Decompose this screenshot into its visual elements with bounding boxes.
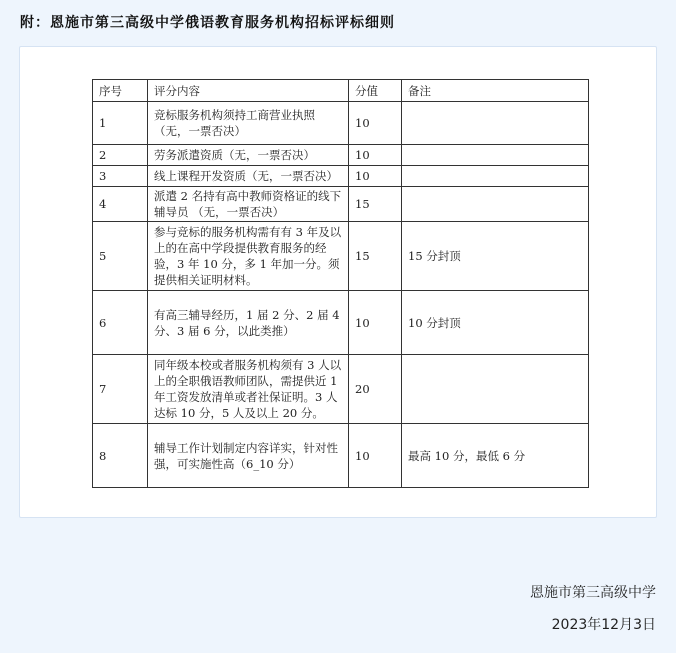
row-note: 15 分封顶 <box>402 222 589 291</box>
row-note <box>402 102 589 145</box>
header-score: 分值 <box>349 80 402 102</box>
row-note <box>402 166 589 187</box>
row-note <box>402 187 589 222</box>
row-note: 最高 10 分，最低 6 分 <box>402 424 589 488</box>
table-row: 5 参与竞标的服务机构需有有 3 年及以上的在高中学段提供教育服务的经验，3 年… <box>93 222 589 291</box>
table-row: 3 线上课程开发资质（无，一票否决） 10 <box>93 166 589 187</box>
row-note <box>402 355 589 424</box>
row-score: 15 <box>349 187 402 222</box>
row-no: 6 <box>93 291 148 355</box>
row-score: 15 <box>349 222 402 291</box>
signature-date: 2023年12月3日 <box>552 614 656 634</box>
header-content: 评分内容 <box>148 80 349 102</box>
table-row: 4 派遣 2 名持有高中教师资格证的线下辅导员 （无，一票否决） 15 <box>93 187 589 222</box>
table-row: 6 有高三辅导经历，1 届 2 分、2 届 4 分、3 届 6 分，以此类推） … <box>93 291 589 355</box>
header-note: 备注 <box>402 80 589 102</box>
table-row: 1 竞标服务机构须持工商营业执照（无，一票否决） 10 <box>93 102 589 145</box>
row-score: 10 <box>349 424 402 488</box>
table-row: 2 劳务派遣资质（无，一票否决） 10 <box>93 145 589 166</box>
row-score: 20 <box>349 355 402 424</box>
row-note: 10 分封顶 <box>402 291 589 355</box>
signature-org: 恩施市第三高级中学 <box>530 582 656 602</box>
row-content: 线上课程开发资质（无，一票否决） <box>148 166 349 187</box>
row-no: 4 <box>93 187 148 222</box>
row-no: 7 <box>93 355 148 424</box>
row-no: 1 <box>93 102 148 145</box>
row-content: 同年级本校或者服务机构须有 3 人以上的全职俄语教师团队，需提供近 1 年工资发… <box>148 355 349 424</box>
row-no: 2 <box>93 145 148 166</box>
table-header-row: 序号 评分内容 分值 备注 <box>93 80 589 102</box>
row-content: 竞标服务机构须持工商营业执照（无，一票否决） <box>148 102 349 145</box>
row-content: 有高三辅导经历，1 届 2 分、2 届 4 分、3 届 6 分，以此类推） <box>148 291 349 355</box>
row-no: 8 <box>93 424 148 488</box>
row-content: 劳务派遣资质（无，一票否决） <box>148 145 349 166</box>
row-no: 5 <box>93 222 148 291</box>
table-row: 7 同年级本校或者服务机构须有 3 人以上的全职俄语教师团队，需提供近 1 年工… <box>93 355 589 424</box>
page-title: 附：恩施市第三高级中学俄语教育服务机构招标评标细则 <box>20 12 395 32</box>
header-no: 序号 <box>93 80 148 102</box>
scoring-table: 序号 评分内容 分值 备注 1 竞标服务机构须持工商营业执照（无，一票否决） 1… <box>92 79 589 488</box>
row-score: 10 <box>349 291 402 355</box>
row-content: 派遣 2 名持有高中教师资格证的线下辅导员 （无，一票否决） <box>148 187 349 222</box>
table-row: 8 辅导工作计划制定内容详实，针对性强，可实施性高（6_10 分） 10 最高 … <box>93 424 589 488</box>
row-content: 参与竞标的服务机构需有有 3 年及以上的在高中学段提供教育服务的经验，3 年 1… <box>148 222 349 291</box>
row-no: 3 <box>93 166 148 187</box>
row-score: 10 <box>349 145 402 166</box>
row-note <box>402 145 589 166</box>
row-score: 10 <box>349 166 402 187</box>
row-score: 10 <box>349 102 402 145</box>
table-panel: 序号 评分内容 分值 备注 1 竞标服务机构须持工商营业执照（无，一票否决） 1… <box>19 46 657 518</box>
row-content: 辅导工作计划制定内容详实，针对性强，可实施性高（6_10 分） <box>148 424 349 488</box>
